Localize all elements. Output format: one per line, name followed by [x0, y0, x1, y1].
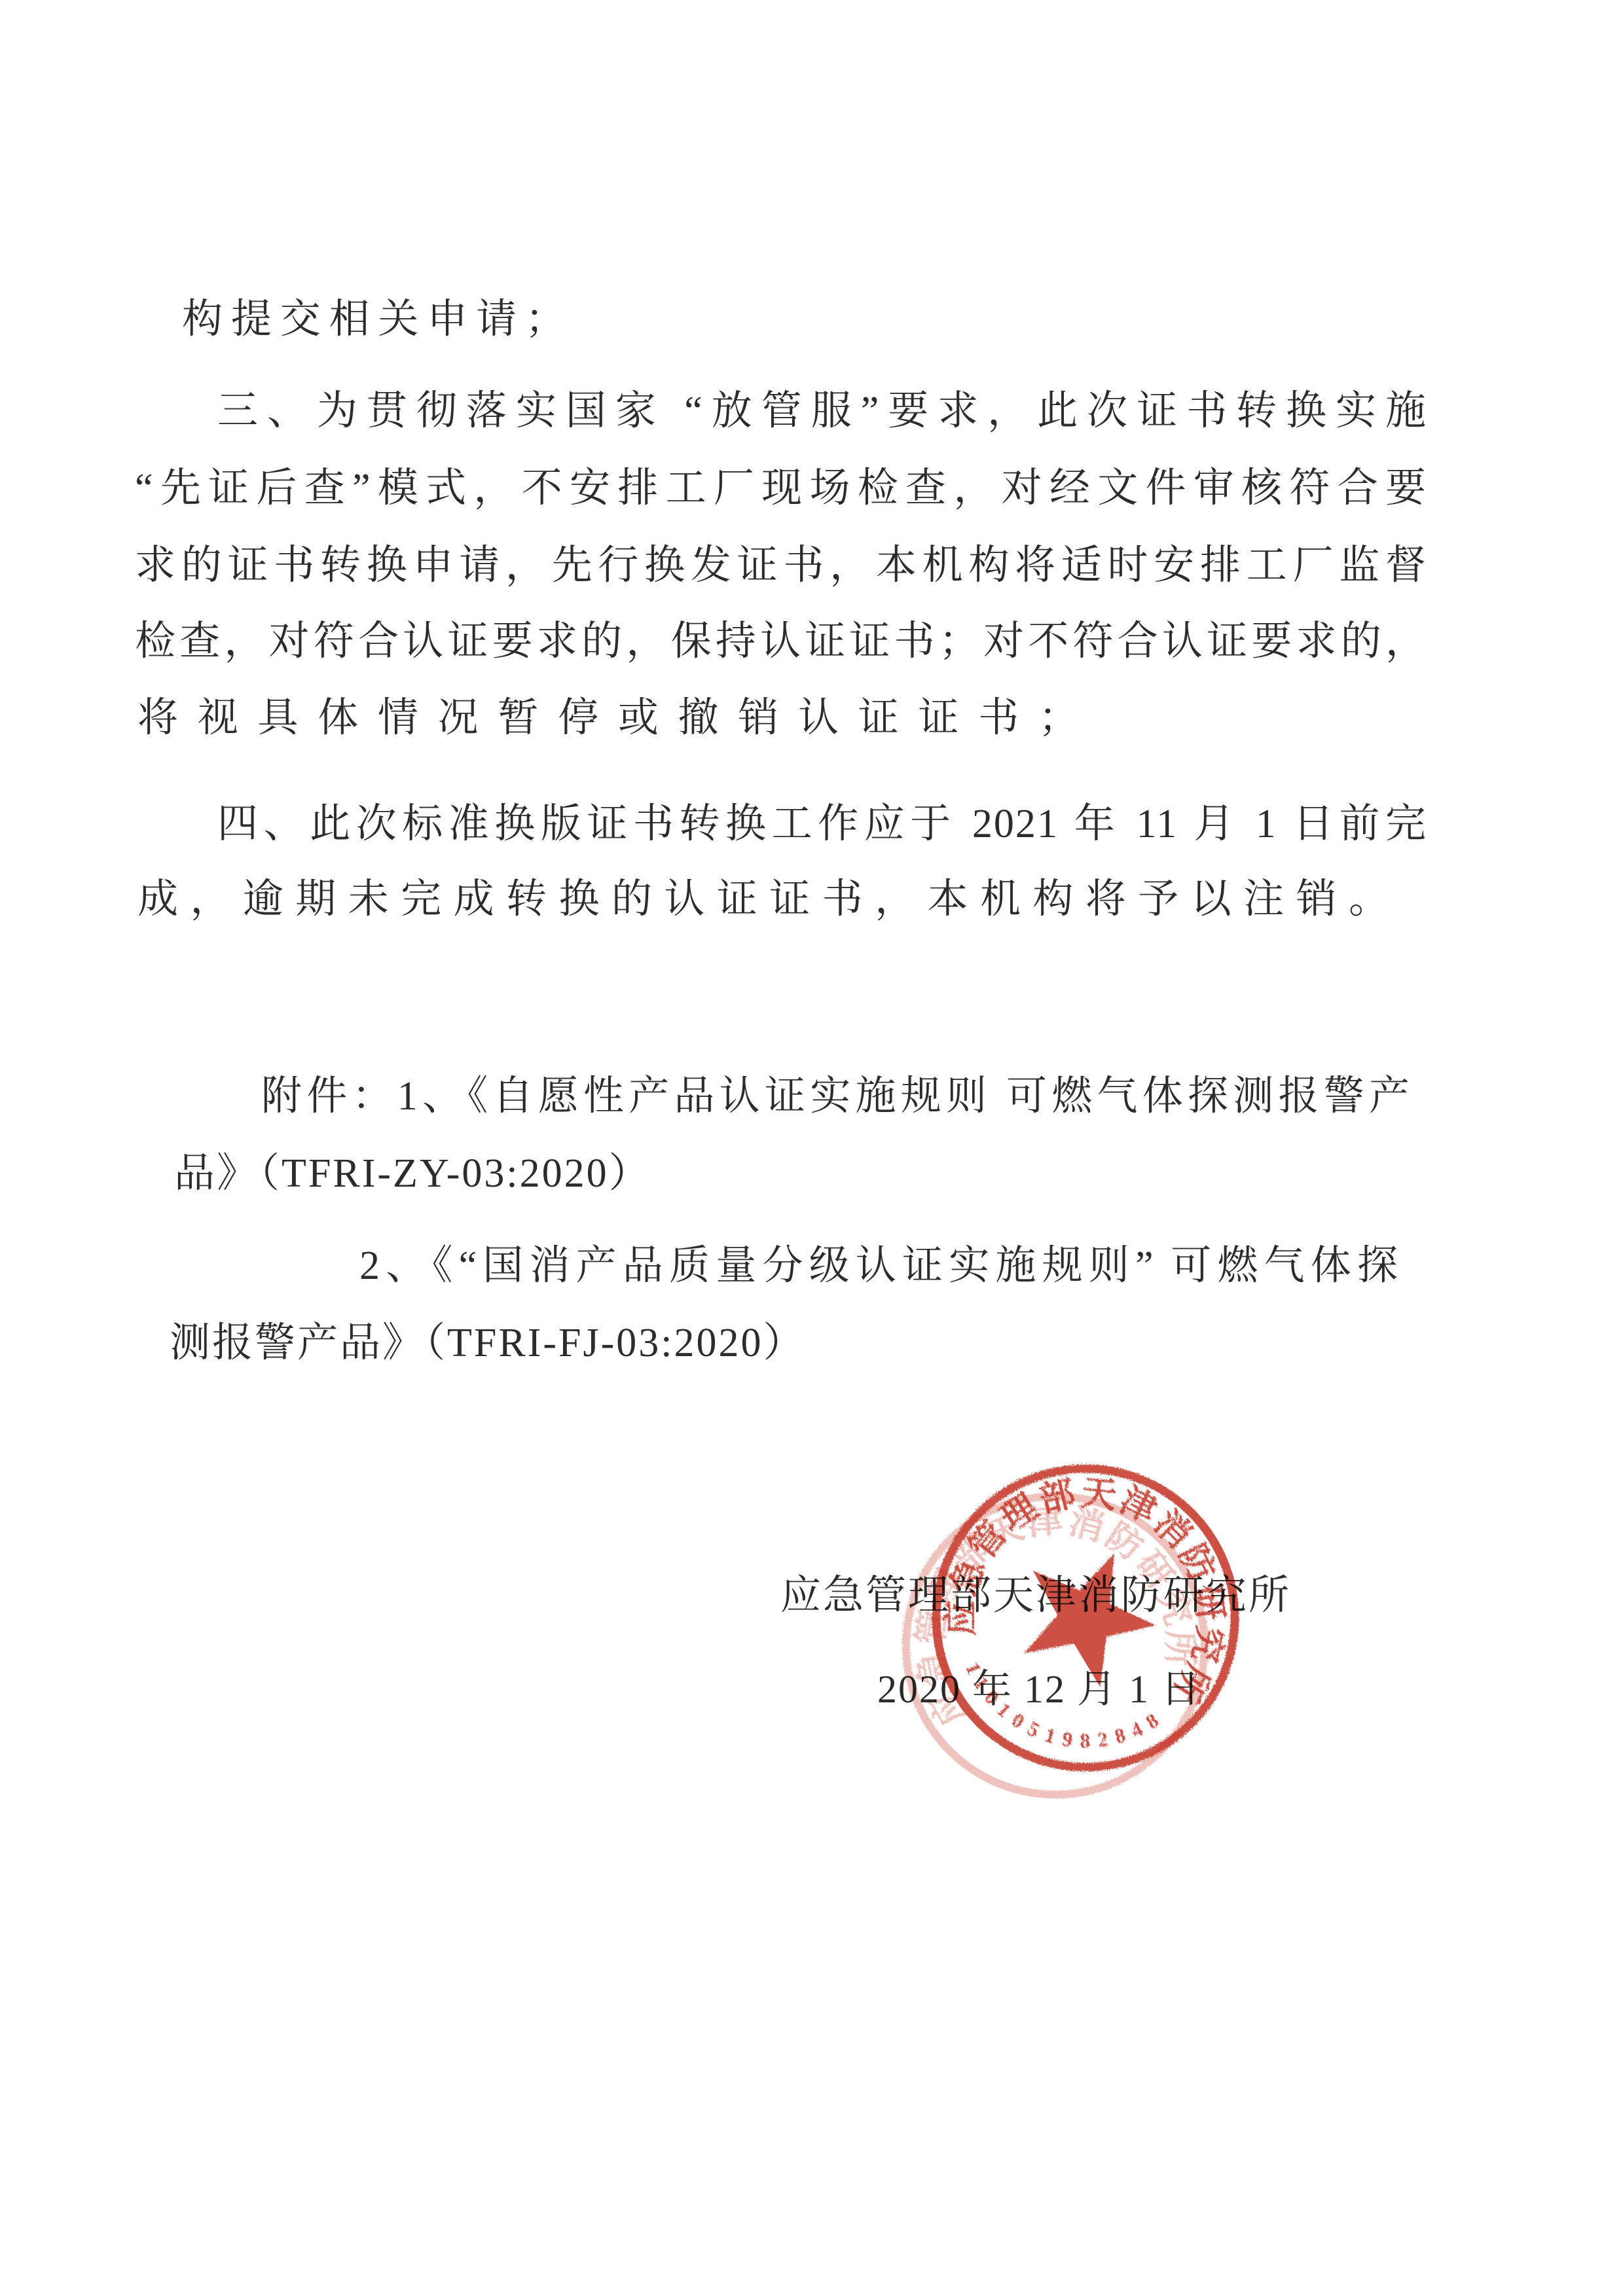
attachment-line: 品》（TFRI-ZY-03:2020） [174, 1149, 651, 1200]
body-line: “先证后查”模式，不安排工厂现场检查，对经文件审核符合要 [135, 463, 1427, 514]
body-line: 构提交相关申请； [182, 295, 567, 346]
official-seal: 应急管理部天津消防研究所 应急管理部天津消防研究所 1101051982848 [884, 1437, 1283, 1836]
body-line: 四、此次标准换版证书转换工作应于 2021 年 11 月 1 日前完 [135, 799, 1427, 850]
body-line: 三、为贯彻落实国家 “放管服”要求，此次证书转换实施 [135, 386, 1427, 437]
attachment-line: 附件：1、《自愿性产品认证实施规则 可燃气体探测报警产 [261, 1071, 1411, 1122]
body-line: 成，逾期未完成转换的认证证书，本机构将予以注销。 [137, 874, 1391, 925]
attachment-line: 测报警产品》（TFRI-FJ-03:2020） [170, 1318, 805, 1369]
attachment-line: 2、《“国消产品质量分级认证实施规则” 可燃气体探 [359, 1241, 1399, 1292]
scanned-document-page: 构提交相关申请； 三、为贯彻落实国家 “放管服”要求，此次证书转换实施 “先证后… [0, 0, 1623, 2296]
organization-name: 应急管理部天津消防研究所 [780, 1571, 1291, 1622]
seal-ghost-impression: 应急管理部天津消防研究所 [884, 1465, 1236, 1827]
body-line: 求的证书转换申请，先行换发证书，本机构将适时安排工厂监督 [135, 541, 1427, 592]
body-line: 将视具体情况暂停或撤销认证证书； [137, 693, 1080, 744]
issue-date: 2020 年 12 月 1 日 [877, 1665, 1201, 1714]
body-line: 检查，对符合认证要求的，保持认证证书；对不符合认证要求的， [135, 617, 1427, 668]
